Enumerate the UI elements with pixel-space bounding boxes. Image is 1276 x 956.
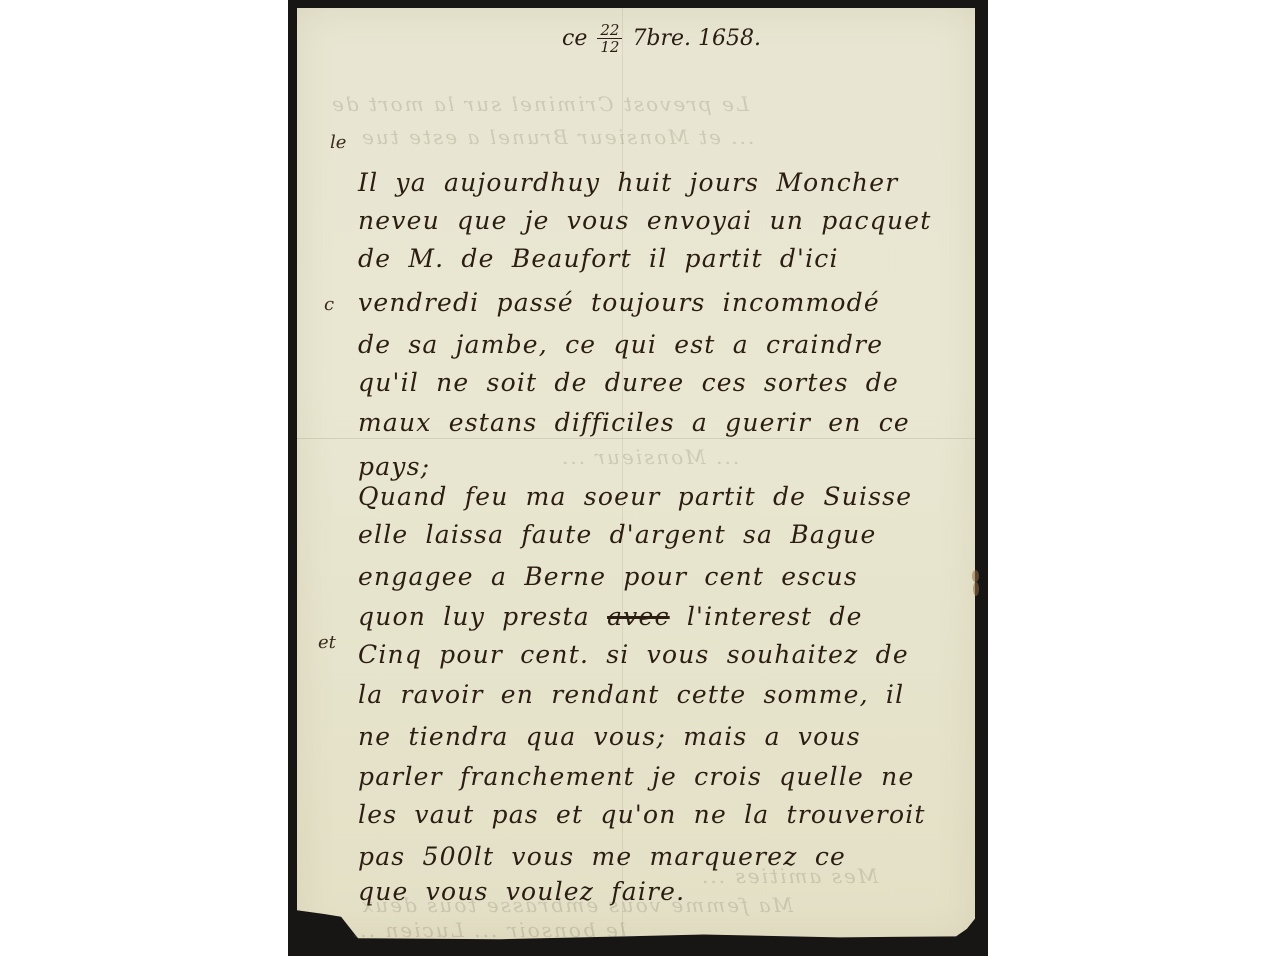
letter-line: parler franchement je crois quelle ne [358,762,914,791]
letter-line: Quand feu ma soeur partit de Suisse [358,482,912,511]
date-day-numerator: 22 [597,22,622,39]
letter-line: Il ya aujourdhuy huit jours Moncher [358,168,898,197]
margin-mark: c [324,294,334,315]
letter-line: pays; [358,452,430,481]
date-suffix: 7bre. 1658. [632,26,761,51]
date-day-denominator: 12 [600,39,619,55]
letter-line: que vous voulez faire. [358,877,685,906]
letter-line: pas 500lt vous me marquerez ce [358,842,846,871]
date-day-fraction: 22 12 [597,22,622,55]
show-through-line: le bonsoir ... Lucien ... [350,918,626,942]
letter-line: de sa jambe, ce qui est a craindre [358,330,883,359]
letter-date: ce 22 12 7bre. 1658. [562,22,761,55]
letter-line-with-strike: quon luy presta avec l'interest de [358,602,863,631]
show-through-line: ... et Monsieur Brunel a este tue [360,125,754,149]
margin-mark: et [318,632,336,653]
letter-line: vendredi passé toujours incommodé [358,288,880,317]
letter-line: ne tiendra qua vous; mais a vous [358,722,861,751]
letter-line: Cinq pour cent. si vous souhaitez de [358,640,909,669]
ink-stain [972,570,979,582]
letter-line: la ravoir en rendant cette somme, il [358,680,904,709]
margin-mark: le [330,132,346,153]
letter-line: qu'il ne soit de duree ces sortes de [358,368,899,397]
line-text-end: l'interest de [687,602,863,631]
show-through-line: ... Monsieur ... [560,445,739,469]
letter-line: les vaut pas et qu'on ne la trouveroit [358,800,926,829]
letter-line: maux estans difficiles a guerir en ce [358,408,910,437]
ink-stain [973,582,979,596]
letter-line: neveu que je vous envoyai un pacquet [358,206,932,235]
letter-line: de M. de Beaufort il partit d'ici [358,244,839,273]
line-text-start: quon luy presta [358,602,590,631]
date-prefix: ce [562,26,587,51]
letter-line: engagee a Berne pour cent escus [358,562,858,591]
letter-line: elle laissa faute d'argent sa Bague [358,520,876,549]
fold-crease-horizontal [297,438,975,439]
struck-word: avec [607,602,670,631]
show-through-line: Le prevost Criminel sur la mort de [330,92,749,116]
